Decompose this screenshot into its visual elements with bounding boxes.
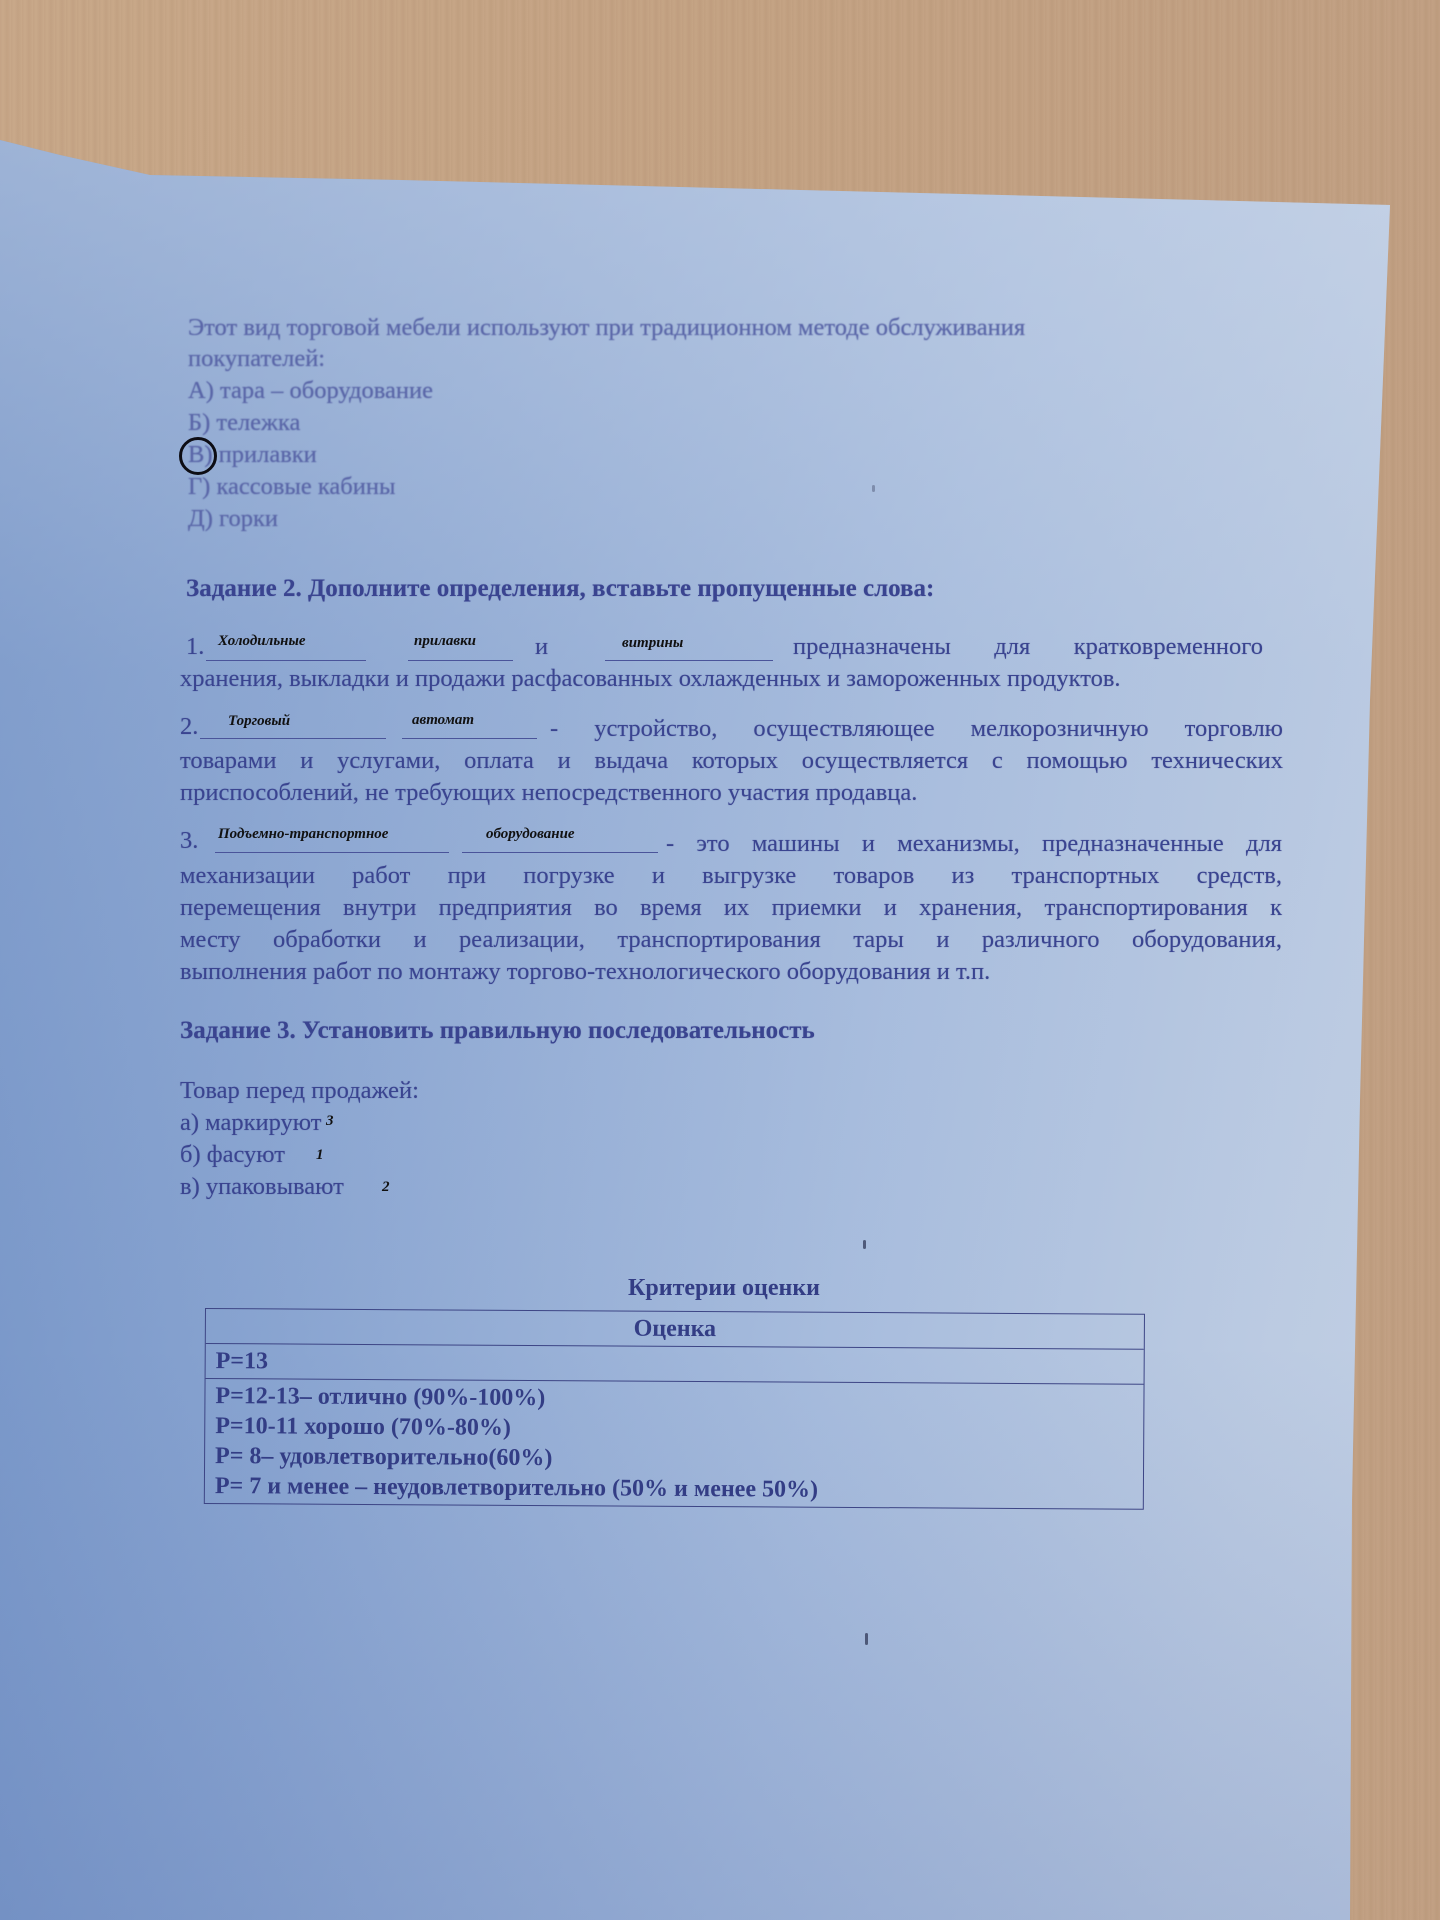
paper-speck: [865, 1633, 868, 1645]
item3-line2: механизации работ при погрузке и выгрузк…: [180, 861, 1282, 891]
item3-line5: выполнения работ по монтажу торгово-техн…: [180, 957, 990, 987]
item2-answer-2: автомат: [412, 711, 474, 729]
question-prompt-line2: покупателей:: [188, 344, 325, 374]
criteria-header: Оценка: [206, 1309, 1144, 1350]
item3-answer-1: Подъемно-транспортное: [218, 825, 388, 843]
item1-blank-1[interactable]: [206, 660, 366, 661]
task3-intro: Товар перед продажей:: [180, 1076, 419, 1106]
item3-line3: перемещения внутри предприятия во время …: [180, 893, 1282, 923]
option-d[interactable]: Д) горки: [188, 504, 278, 534]
item3-number: 3.: [180, 826, 198, 856]
task3-answer-b: 1: [316, 1146, 324, 1164]
option-g[interactable]: Г) кассовые кабины: [188, 472, 395, 502]
criteria-table: Оценка Р=13 Р=12-13– отлично (90%-100%) …: [204, 1308, 1145, 1510]
item3-line4: месту обработки и реализации, транспорти…: [180, 925, 1282, 955]
task2-heading: Задание 2. Дополните определения, вставь…: [186, 574, 934, 604]
item3-blank-1[interactable]: [215, 852, 449, 853]
task3-heading: Задание 3. Установить правильную последо…: [180, 1016, 815, 1046]
item1-number: 1.: [186, 632, 204, 662]
item1-answer-2: прилавки: [414, 632, 476, 650]
grade-unsatisfactory: Р= 7 и менее – неудовлетворительно (50% …: [215, 1471, 1133, 1507]
item1-blank-2[interactable]: [408, 660, 513, 661]
item1-answer-1: Холодильные: [218, 632, 306, 650]
item3-answer-2: оборудование: [486, 825, 575, 843]
item2-line1: - устройство, осуществляющее мелкорознич…: [550, 714, 1283, 744]
item2-blank-2[interactable]: [402, 738, 537, 739]
item2-answer-1: Торговый: [228, 712, 290, 730]
paper-speck: [863, 1240, 866, 1249]
task3-answer-v: 2: [382, 1178, 390, 1196]
criteria-caption: Критерии оценки: [628, 1275, 820, 1302]
item1-line2: хранения, выкладки и продажи расфасованн…: [180, 664, 1121, 694]
item3-line1: - это машины и механизмы, предназначенны…: [666, 829, 1282, 859]
item1-connector: и: [535, 632, 548, 662]
selected-answer-circle: [179, 437, 217, 475]
item2-number: 2.: [180, 712, 198, 742]
item1-answer-3: витрины: [622, 634, 683, 652]
paper-speck: [872, 485, 875, 492]
item1-line1: предназначены для кратковременного: [793, 632, 1263, 662]
question-prompt-line1: Этот вид торговой мебели используют при …: [188, 313, 1025, 343]
item2-line2: товарами и услугами, оплата и выдача кот…: [180, 746, 1283, 776]
task3-item-b: б) фасуют: [180, 1140, 285, 1170]
task3-answer-a: 3: [326, 1112, 334, 1130]
item2-blank-1[interactable]: [200, 738, 386, 739]
item1-blank-3[interactable]: [605, 660, 773, 661]
task3-item-a: а) маркируют: [180, 1108, 322, 1138]
task3-item-v: в) упаковывают: [180, 1172, 344, 1202]
item2-line3: приспособлений, не требующих непосредств…: [180, 778, 917, 808]
criteria-grades: Р=12-13– отлично (90%-100%) Р=10-11 хоро…: [205, 1379, 1144, 1509]
option-a[interactable]: А) тара – оборудование: [188, 376, 433, 406]
option-b[interactable]: Б) тележка: [188, 408, 300, 438]
criteria-total: Р=13: [206, 1344, 1144, 1385]
item3-blank-2[interactable]: [462, 852, 658, 853]
